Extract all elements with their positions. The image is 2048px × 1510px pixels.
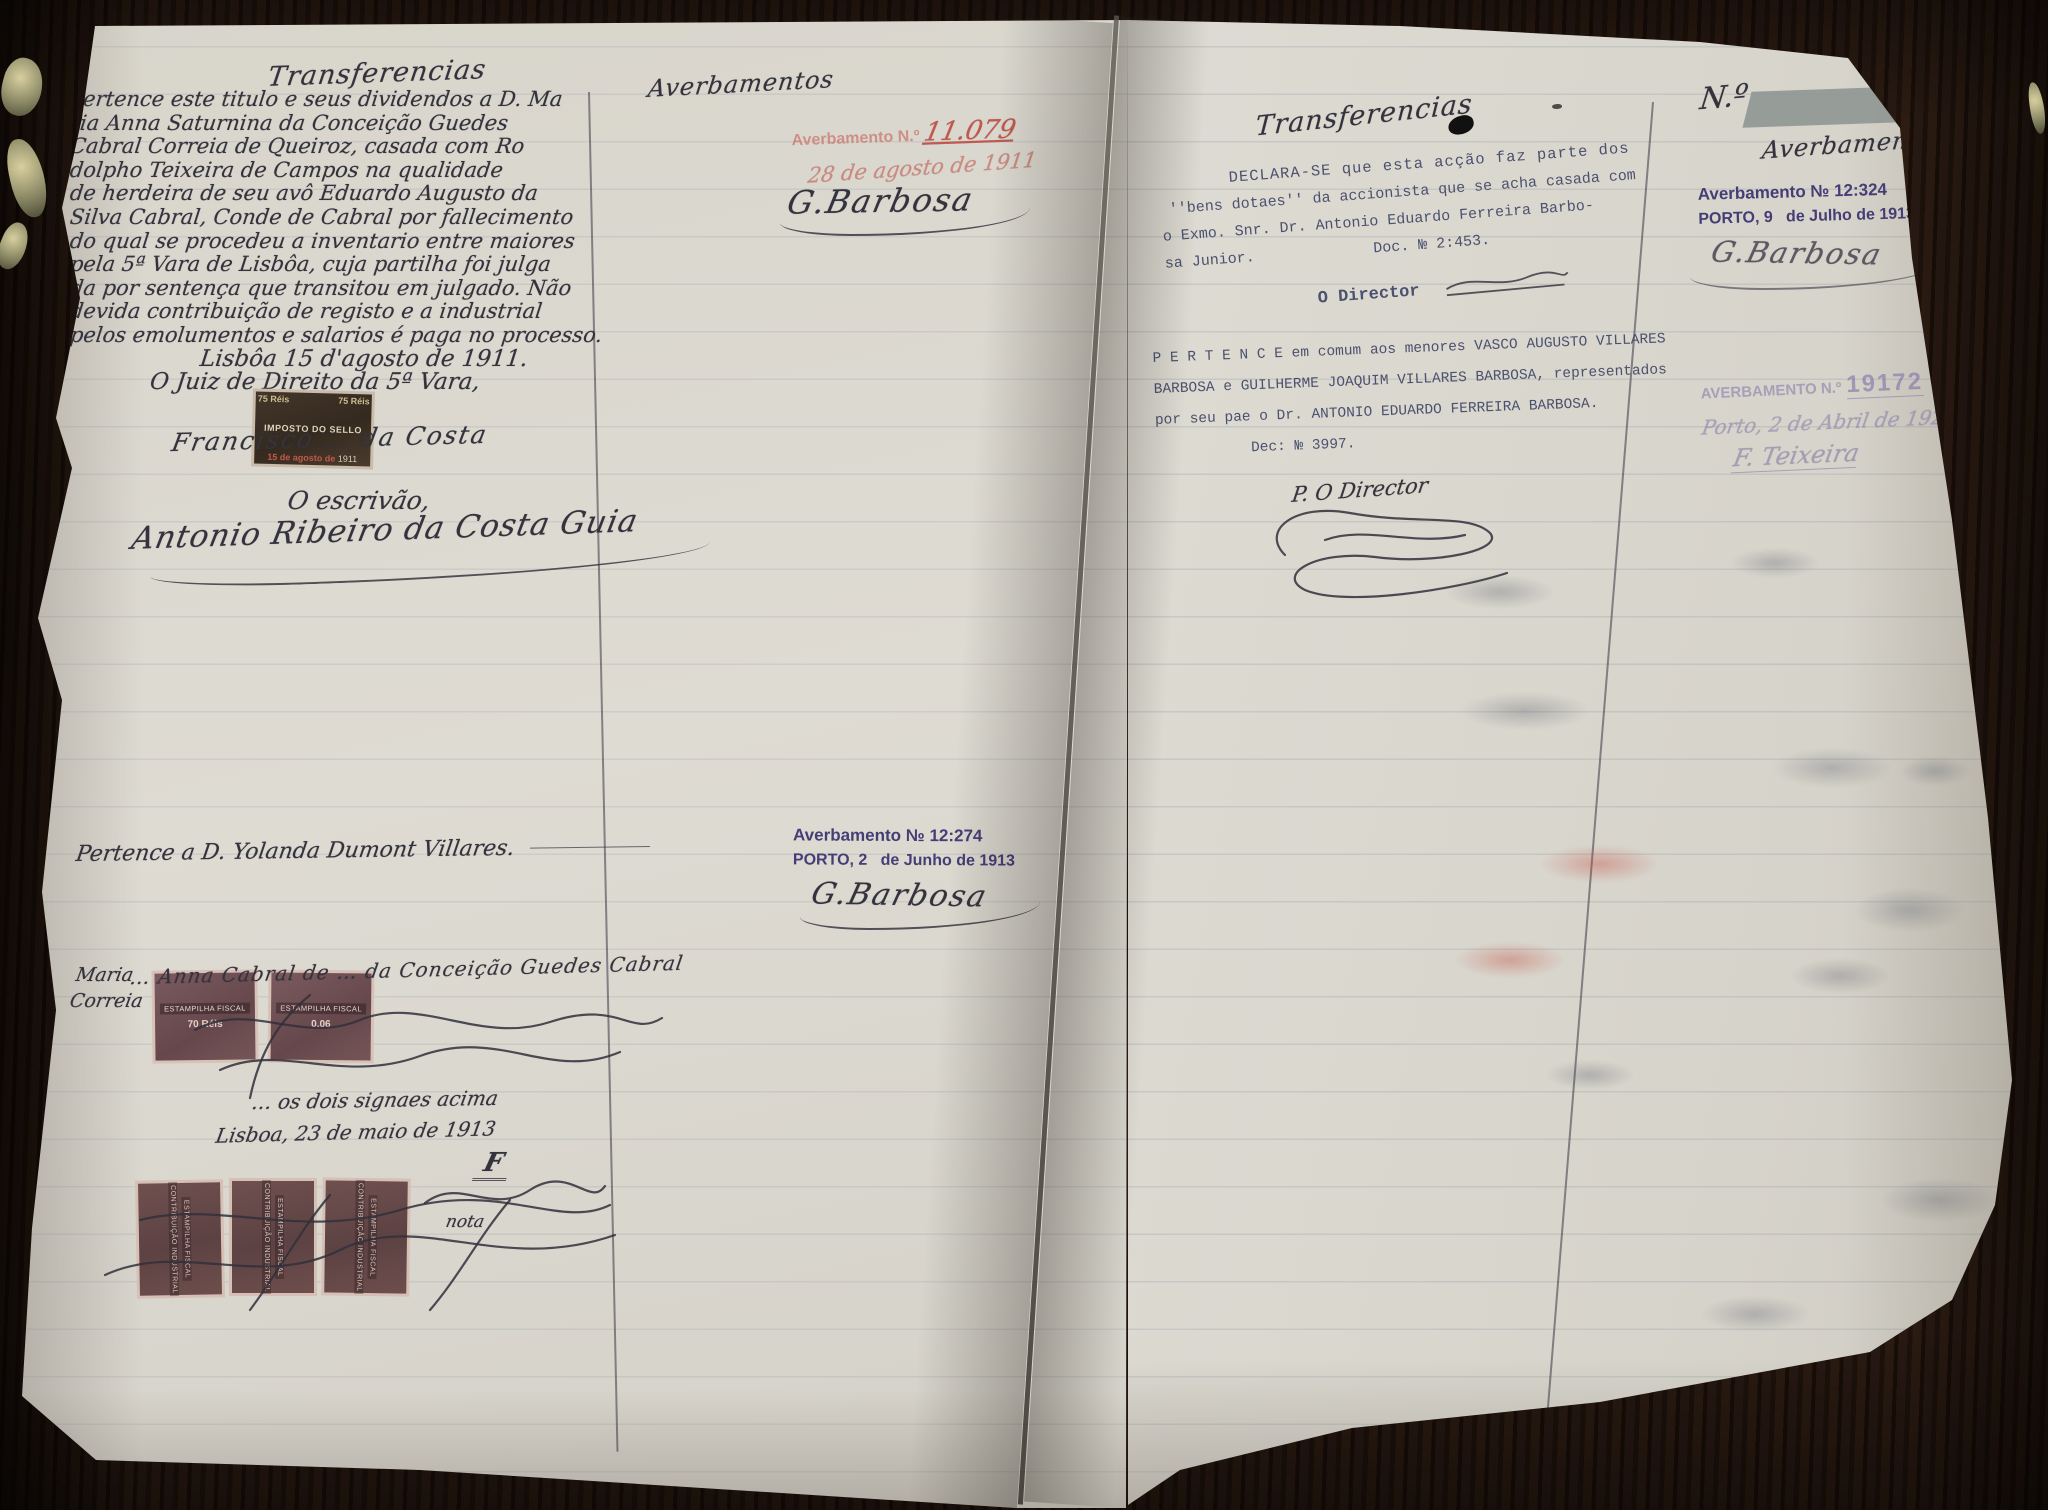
averbamento-date-line: PORTO, 9 de Julho de 1913 [1698,205,1915,229]
typed-declaration: DECLARA-SE que esta acção faz parte dos … [1158,128,1747,320]
porto-label: PORTO, 9 [1698,209,1773,228]
ledger-photograph: Transferencias Averbamentos Pertence est… [0,0,2048,1510]
stamp-date-year: 1911 [338,454,358,465]
handwritten-entry-yolanda: Pertence a D. Yolanda Dumont Villares. [74,834,651,867]
entry-fragment: Correia [68,990,145,1012]
column-header-averbamentos: Averbamentos [646,65,835,103]
entry-line: pelos emolumentos e salarios é paga no p… [69,324,617,348]
column-header-transferencias: Transferencias [1254,88,1473,142]
director-signature-scribble [1441,264,1573,299]
averbamento-label: AVERBAMENTO N.º [1700,379,1841,402]
numero-label: N.º [1698,78,1750,118]
entry-line: Silva Cabral, Conde de Cabral por fallec… [69,206,617,230]
entry-line: do qual se procedeu a inventario entre m… [69,230,617,254]
entry-judge-line: O Juiz de Direito da 5ª Vara, [149,371,617,395]
yolanda-text: Pertence a D. Yolanda Dumont Villares. [74,836,516,867]
averbamento-number-line: Averbamento № 12:324 [1697,179,1914,205]
averbamento-12324-stamp: Averbamento № 12:324 PORTO, 9 de Julho d… [1697,179,1915,229]
entry-line: dolpho Teixeira de Campos na qualidade [69,159,617,183]
judge-signature: Francisco … da Costa [169,420,490,457]
doc-number: Doc. № 2:453. [1373,232,1491,258]
column-divider-line [1547,102,1654,1410]
entry-line: devida contribuição de registo e a indus… [69,300,617,324]
fill-line [529,846,649,849]
entry-date-line: Lisbôa 15 d'agosto de 1911. [199,348,617,372]
stamp-value-left: 75 Réis [258,394,290,405]
date-rest: de Julho de 1913 [1786,205,1915,225]
stamp-value-right: 75 Réis [338,396,370,407]
entry-line: Cabral Correia de Queiroz, casada com Ro [69,135,617,159]
handwritten-entry-1911: Pertence este titulo e seus dividendos a… [70,88,615,395]
cancellation-scribble [100,1180,620,1320]
entry-line: da por sentença que transitou em julgado… [69,277,617,301]
handwriting-over-stamps: … Anna Cabral de … da Conceição Guedes C… [128,951,685,990]
averbamento-date-handwritten: Porto, 2 de Abril de 1929 [1700,404,1959,439]
averbamento-signature: F. Teixeira [1731,439,1862,474]
signature-flourish [1690,252,1940,290]
averbamento-number: 19172 [1846,368,1924,399]
red-averbamento-label: Averbamento N.º [791,128,919,149]
date-line-1913: Lisboa, 23 de maio de 1913 [214,1116,498,1147]
ink-speck [1552,104,1562,109]
entry-fragment: Maria [74,964,135,986]
entry-line: de herdeira de seu avô Eduardo Augusto d… [69,182,617,206]
typed-pertence: P E R T E N C E em comum aos menores VAS… [1152,320,1776,468]
illegible-handwriting-scribble [190,990,670,1100]
averbamento-19172-stamp: AVERBAMENTO N.º 19172 Porto, 2 de Abril … [1700,366,1959,474]
porto-label: PORTO, 2 [793,851,867,868]
entry-line: ria Anna Saturnina da Conceição Guedes [69,112,617,136]
entry-line: pela 5ª Vara de Lisbôa, cuja partilha fo… [69,253,617,277]
entry-line: Pertence este titulo e seus dividendos a… [69,88,617,112]
director-label: O Director [1317,282,1420,308]
